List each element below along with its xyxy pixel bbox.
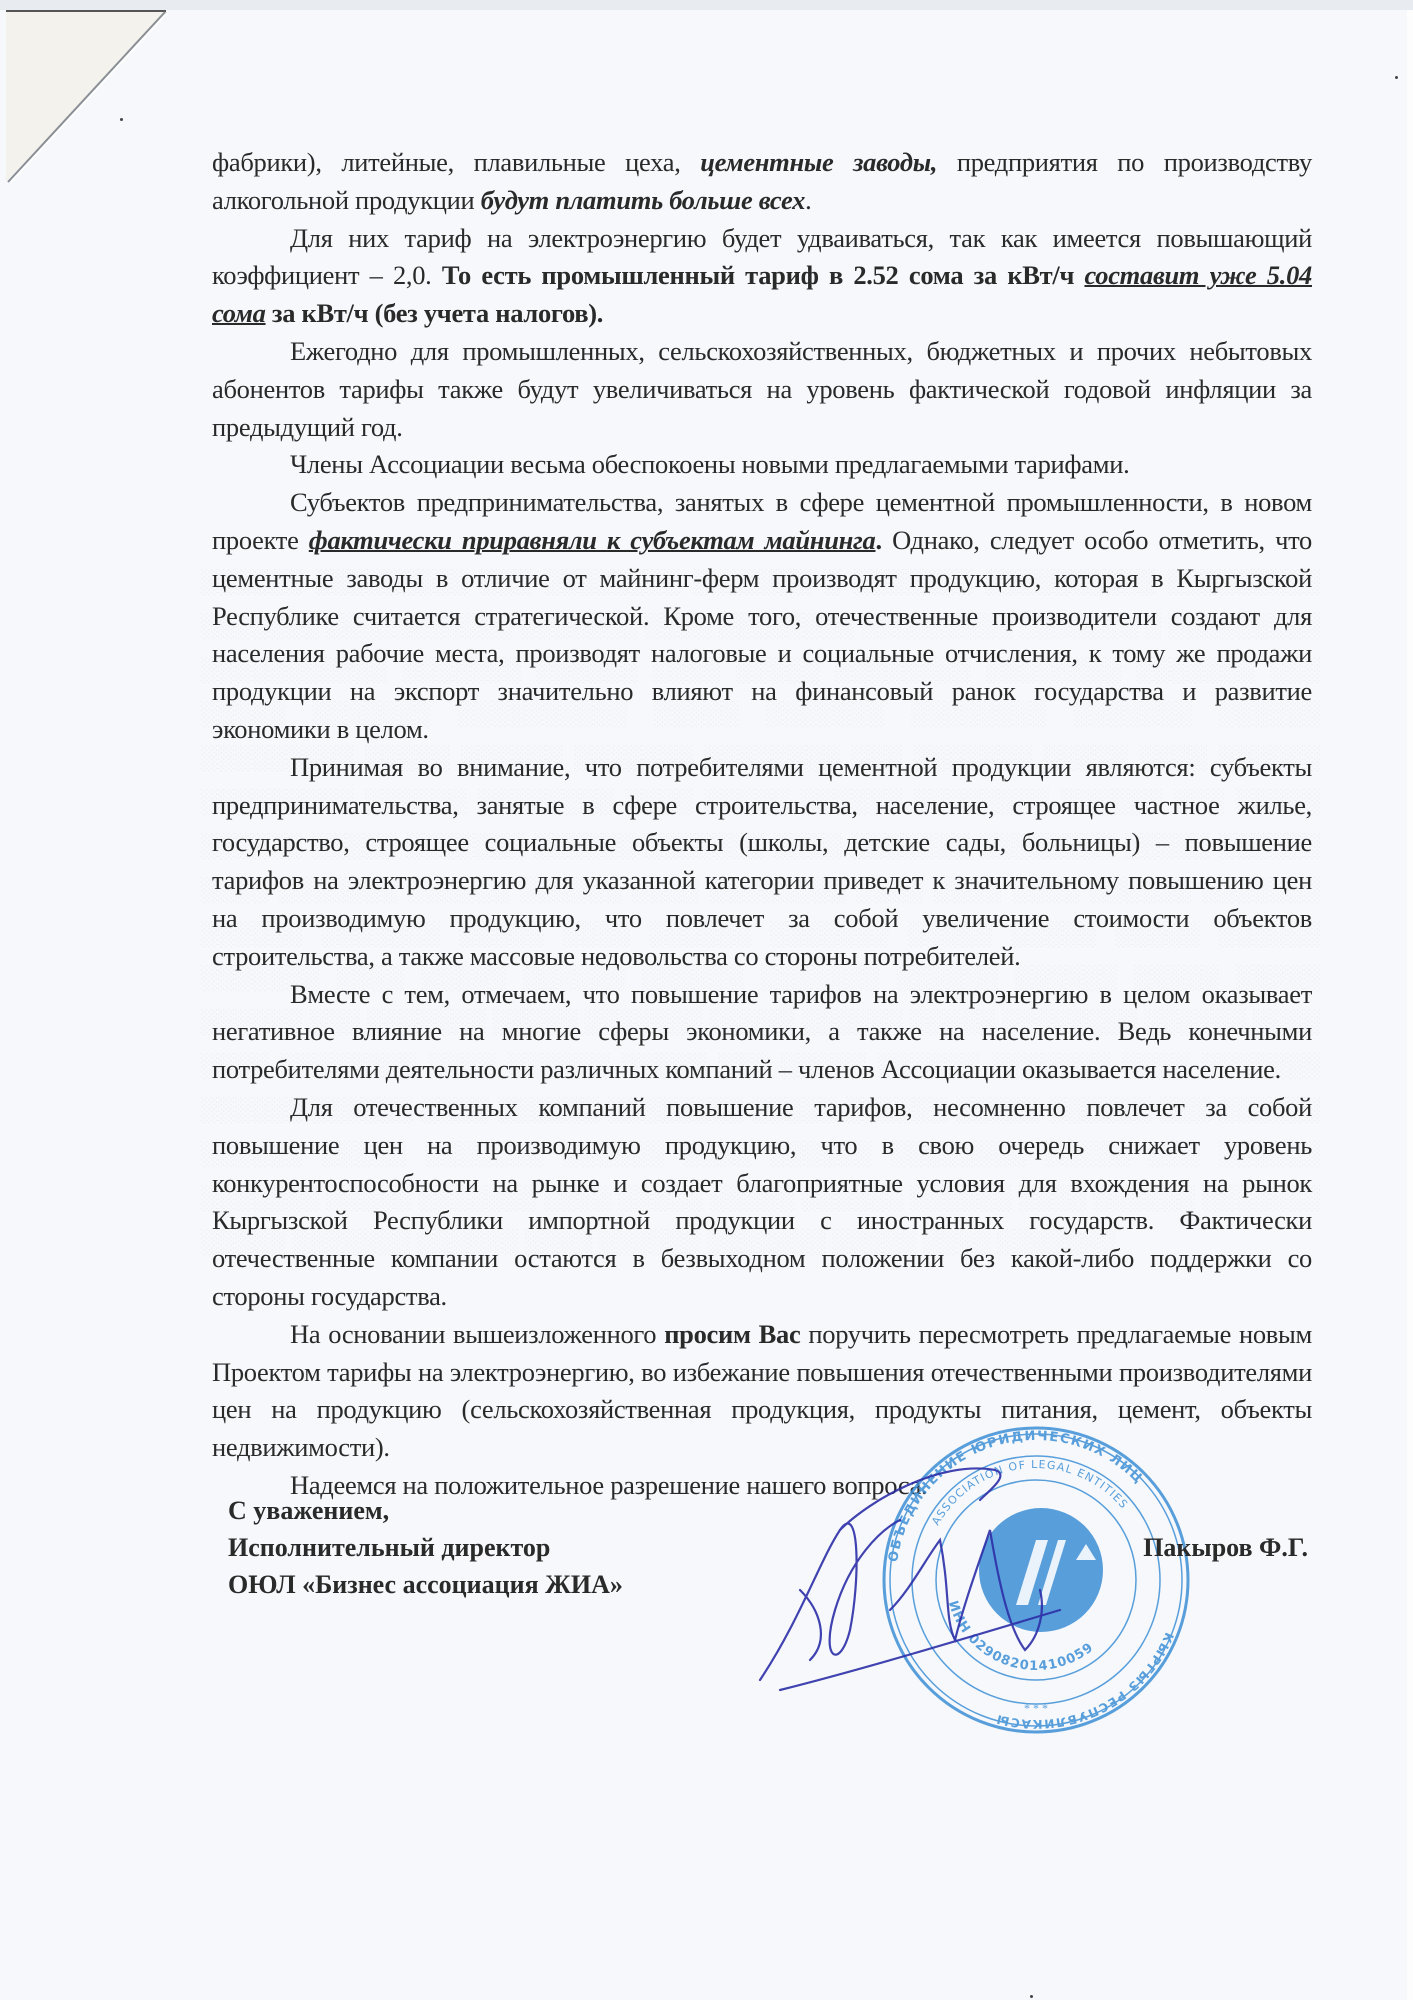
emphasized-text: фактически приравняли к субъектам майнин… xyxy=(309,525,876,555)
organization-name: ОЮЛ «Бизнес ассоциация ЖИА» xyxy=(228,1566,1308,1603)
letter-paragraph: Для отечественных компаний повышение тар… xyxy=(212,1089,1312,1316)
scan-speck xyxy=(1030,1995,1033,1998)
emphasized-text: цементные заводы, xyxy=(700,147,937,177)
svg-text:* * *: * * * xyxy=(1024,1701,1048,1715)
letter-paragraph: Принимая во внимание, что потребителями … xyxy=(212,749,1312,976)
letter-paragraph: Члены Ассоциации весьма обеспокоены новы… xyxy=(212,446,1312,484)
body-text: Принимая во внимание, что потребителями … xyxy=(212,752,1312,971)
body-text: Однако, следует особо отметить, что цеме… xyxy=(212,525,1312,744)
letter-paragraph: фабрики), литейные, плавильные цеха, цем… xyxy=(212,144,1312,220)
body-text: Члены Ассоциации весьма обеспокоены новы… xyxy=(290,449,1129,479)
body-text: Вместе с тем, отмечаем, что повышение та… xyxy=(212,979,1312,1085)
scan-speck xyxy=(1395,76,1398,79)
emphasized-text: будут платить больше всех xyxy=(481,185,805,215)
scan-border-top xyxy=(0,0,1413,10)
body-text: На основании вышеизложенного xyxy=(290,1319,664,1349)
page-right-margin xyxy=(1407,10,1413,2000)
body-text: Для отечественных компаний повышение тар… xyxy=(212,1092,1312,1311)
emphasized-text: просим Вас xyxy=(664,1319,800,1349)
signatory-name: Пакыров Ф.Г. xyxy=(1143,1529,1308,1566)
letter-paragraph: Для них тариф на электроэнергию будет уд… xyxy=(212,220,1312,333)
signature-block: С уважением, Исполнительный директор ОЮЛ… xyxy=(228,1492,1308,1603)
body-text: фабрики), литейные, плавильные цеха, xyxy=(212,147,700,177)
folded-corner xyxy=(6,12,167,182)
scan-speck xyxy=(120,118,123,121)
letter-paragraph: Вместе с тем, отмечаем, что повышение та… xyxy=(212,976,1312,1089)
letter-paragraph: Субъектов предпринимательства, занятых в… xyxy=(212,484,1312,749)
emphasized-text: за кВт/ч (без учета налогов). xyxy=(266,298,604,328)
letter-body: фабрики), литейные, плавильные цеха, цем… xyxy=(212,144,1312,1505)
closing-line: С уважением, xyxy=(228,1492,1308,1529)
body-text: Ежегодно для промышленных, сельскохозяйс… xyxy=(212,336,1312,442)
body-text: . xyxy=(805,185,811,215)
letter-paragraph: Ежегодно для промышленных, сельскохозяйс… xyxy=(212,333,1312,446)
emphasized-text: То есть промышленный тариф в 2.52 сома з… xyxy=(442,260,1085,290)
